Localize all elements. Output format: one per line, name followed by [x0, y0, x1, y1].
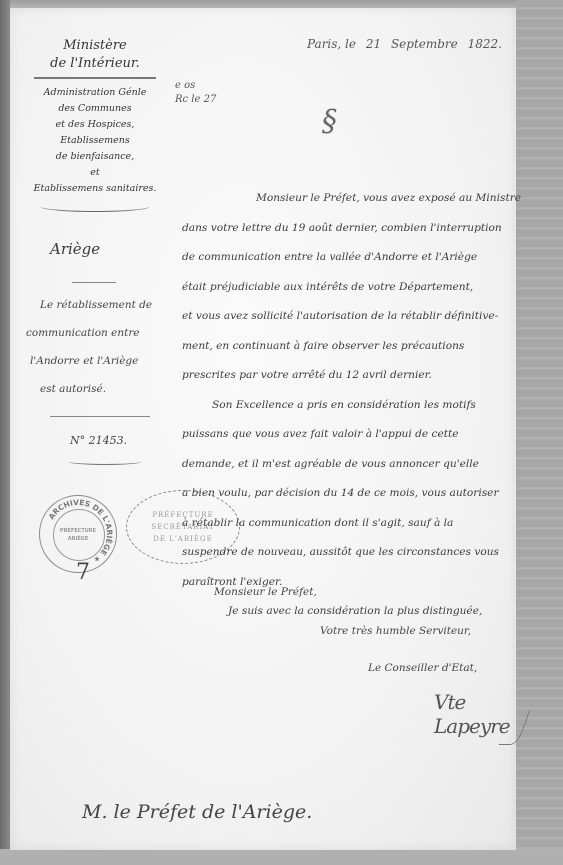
svg-text:PRÉFECTURE: PRÉFECTURE	[60, 526, 97, 534]
administration-line: Administration Génle	[30, 85, 160, 101]
administration-line: Etablissemens sanitaires.	[30, 181, 160, 197]
body-line: Je suis avec la considération la plus di…	[182, 597, 522, 627]
date-place: Paris, le	[307, 37, 356, 51]
reference-flourish	[68, 458, 142, 465]
date-month: Septembre	[391, 37, 458, 51]
department-rule	[72, 282, 116, 283]
date-year: 1822.	[468, 37, 502, 51]
ministry-line-2: de l'Intérieur.	[30, 56, 160, 71]
letterhead: Ministère de l'Intérieur. Administration…	[30, 36, 160, 212]
administration-line: des Communes	[30, 101, 160, 117]
scan-left-edge	[0, 0, 10, 865]
body-line: a bien voulu, par décision du 14 de ce m…	[182, 479, 522, 509]
annotation-line: e os	[175, 79, 216, 93]
summary-line: communication entre	[26, 319, 166, 347]
margin-summary: Le rétablissement de communication entre…	[26, 291, 166, 403]
archive-item-number: 7	[76, 560, 90, 585]
signatory-title: Le Conseiller d'Etat,	[368, 662, 477, 674]
administration-block: Administration Génle des Communes et des…	[30, 85, 160, 197]
administration-line: de bienfaisance,	[30, 149, 160, 165]
letterhead-rule	[34, 77, 156, 79]
body-line: Son Excellence a pris en considération l…	[182, 391, 522, 421]
administration-line: et	[30, 165, 160, 181]
ministry-line-1: Ministère	[30, 36, 160, 56]
body-line: de communication entre la vallée d'Andor…	[182, 243, 522, 273]
summary-line: Le rétablissement de	[26, 291, 166, 319]
summary-line: l'Andorre et l'Ariège	[26, 347, 166, 375]
administration-line: et des Hospices,	[30, 117, 160, 133]
annotation-line: Rc le 27	[175, 93, 216, 107]
body-line: demande, et il m'est agréable de vous an…	[182, 450, 522, 480]
body-line: Monsieur le Préfet, vous avez exposé au …	[182, 184, 522, 214]
body-line: dans votre lettre du 19 août dernier, co…	[182, 214, 522, 244]
body-line: était préjudiciable aux intérêts de votr…	[182, 273, 522, 303]
reference-number: N° 21453.	[70, 434, 127, 447]
administration-line: Etablissemens	[30, 133, 160, 149]
date-line: Paris, le 21 Septembre 1822.	[307, 37, 508, 51]
summary-line: est autorisé.	[26, 375, 166, 403]
closing-formula: Votre très humble Serviteur,	[320, 625, 471, 637]
scan-bottom-edge	[0, 849, 563, 865]
body-line: et vous avez sollicité l'autorisation de…	[182, 302, 522, 332]
reference-rule	[50, 416, 150, 417]
addressee: M. le Préfet de l'Ariège.	[82, 801, 312, 823]
department-heading: Ariège	[50, 240, 100, 258]
salutation: Monsieur le Préfet,	[214, 586, 317, 598]
body-line: prescrites par votre arrêté du 12 avril …	[182, 361, 522, 391]
letterhead-flourish	[40, 201, 150, 212]
body-line: à rétablir la communication dont il s'ag…	[182, 509, 522, 539]
letter-page: Ministère de l'Intérieur. Administration…	[10, 8, 516, 850]
body-line: suspendre de nouveau, aussitôt que les c…	[182, 538, 522, 568]
date-day: 21	[366, 37, 381, 51]
letter-body: Monsieur le Préfet, vous avez exposé au …	[182, 184, 522, 627]
body-line: ment, en continuant à faire observer les…	[182, 332, 522, 362]
svg-text:ARIÈGE: ARIÈGE	[68, 534, 89, 542]
paraph-mark: §	[322, 104, 337, 139]
scan-right-edge	[516, 0, 563, 865]
received-annotation: e os Rc le 27	[175, 79, 216, 107]
body-line: puissans que vous avez fait valoir à l'a…	[182, 420, 522, 450]
